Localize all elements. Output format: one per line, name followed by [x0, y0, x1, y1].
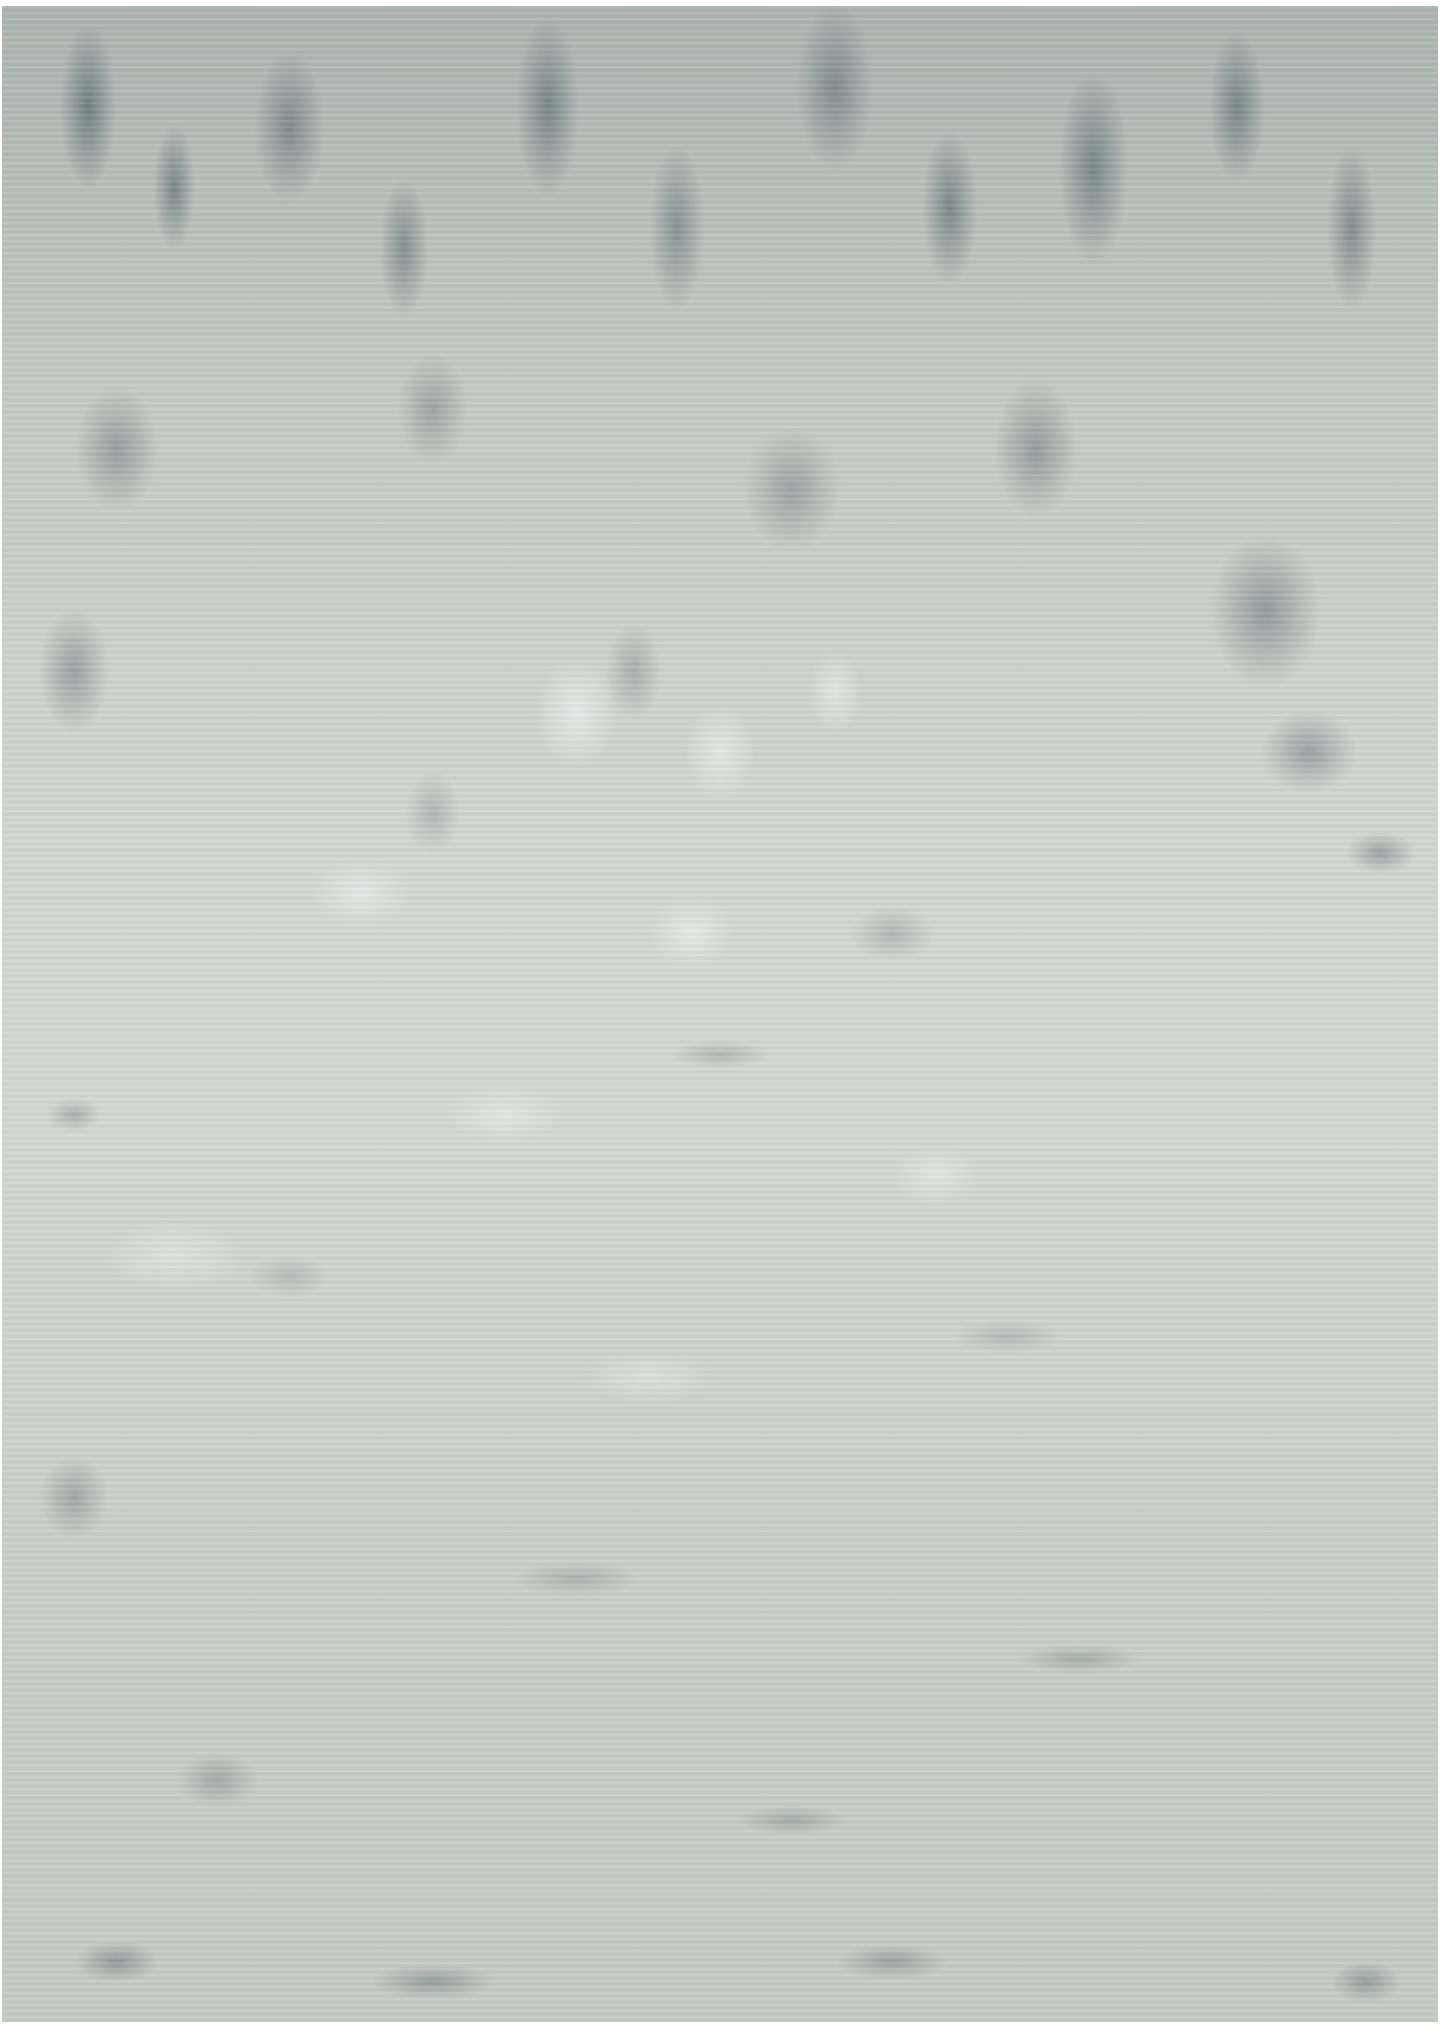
rug	[2, 6, 1438, 2022]
rug-weave-texture	[2, 6, 1438, 2022]
